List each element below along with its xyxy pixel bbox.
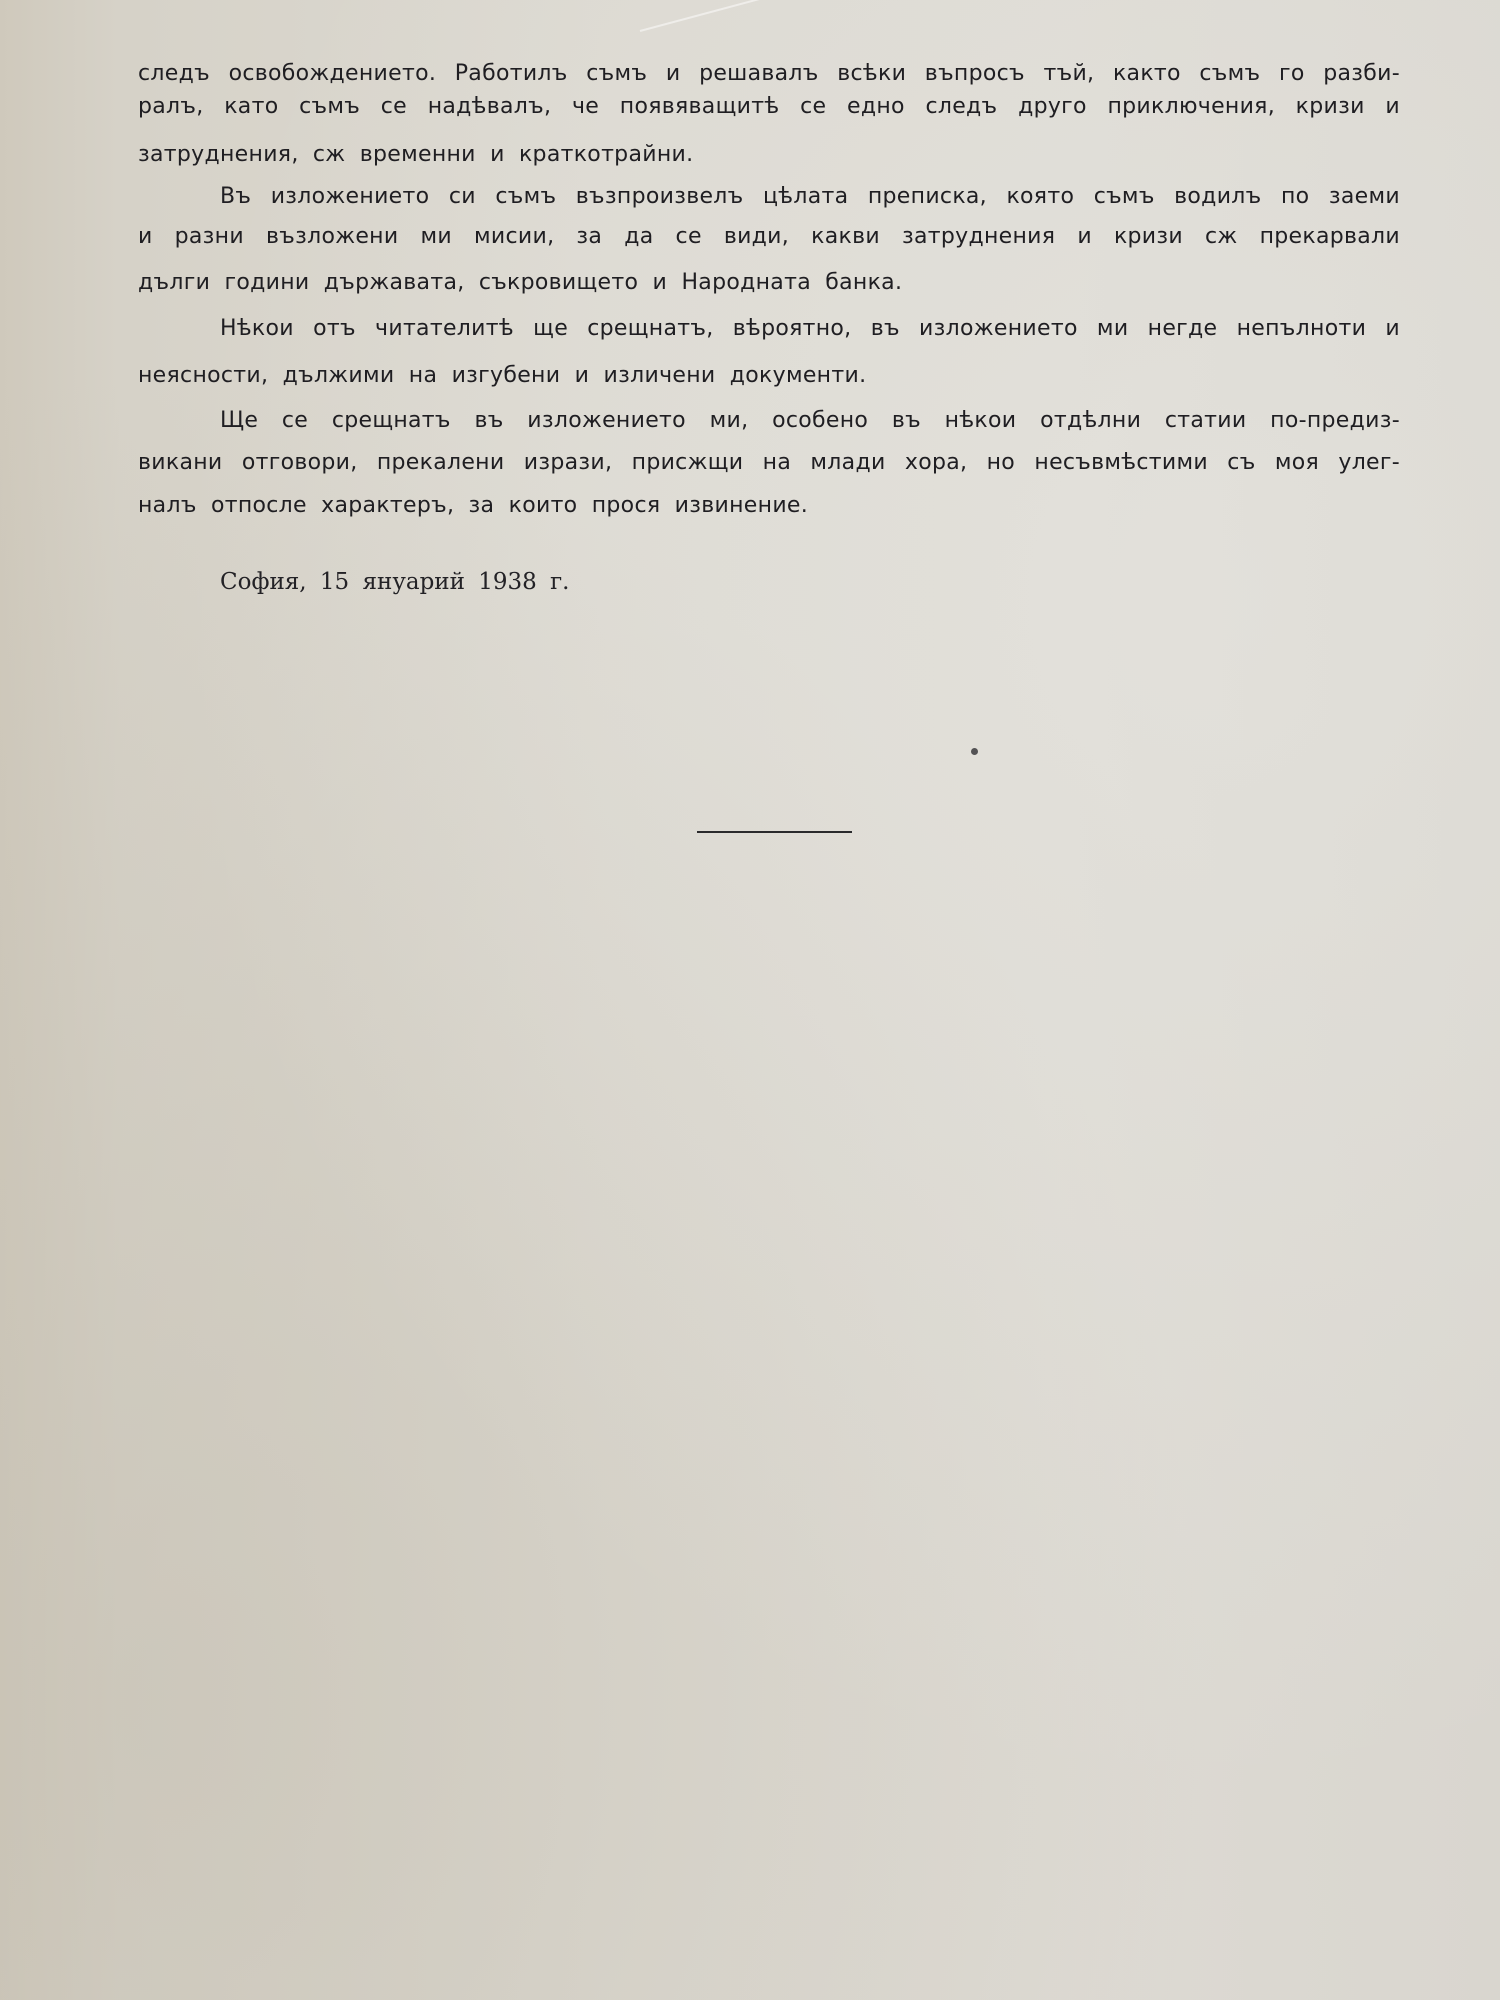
section-divider-rule	[697, 831, 852, 833]
paragraph-4-line-2: викани отговори, прекалени изрази, присж…	[138, 448, 1400, 478]
paragraph-2-line-1: Въ изложението си съмъ възпроизвелъ цѣла…	[220, 182, 1400, 212]
paragraph-1-line-1: следъ освобождението. Работилъ съмъ и ре…	[138, 59, 1400, 89]
paragraph-4-line-1: Ще се срещнатъ въ изложението ми, особен…	[220, 406, 1400, 436]
scanned-page: следъ освобождението. Работилъ съмъ и ре…	[0, 0, 1500, 2000]
paragraph-1-line-3: затруднения, сж временни и краткотрайни.	[138, 140, 1400, 170]
paragraph-3-line-1: Нѣкои отъ читателитѣ ще срещнатъ, вѣроят…	[220, 314, 1400, 344]
paragraph-2-line-3: дълги години държавата, съкровището и На…	[138, 268, 1400, 298]
place-and-date: София, 15 януарий 1938 г.	[220, 567, 569, 597]
paragraph-3-line-2: неясности, дължими на изгубени и изличен…	[138, 361, 1400, 391]
paragraph-1-line-2: ралъ, като съмъ се надѣвалъ, че появяващ…	[138, 92, 1400, 122]
ink-speck	[971, 748, 978, 755]
paper-crease	[640, 0, 1317, 32]
paragraph-4-line-3: налъ отпосле характеръ, за които прося и…	[138, 491, 1400, 521]
paragraph-2-line-2: и разни възложени ми мисии, за да се вид…	[138, 222, 1400, 252]
